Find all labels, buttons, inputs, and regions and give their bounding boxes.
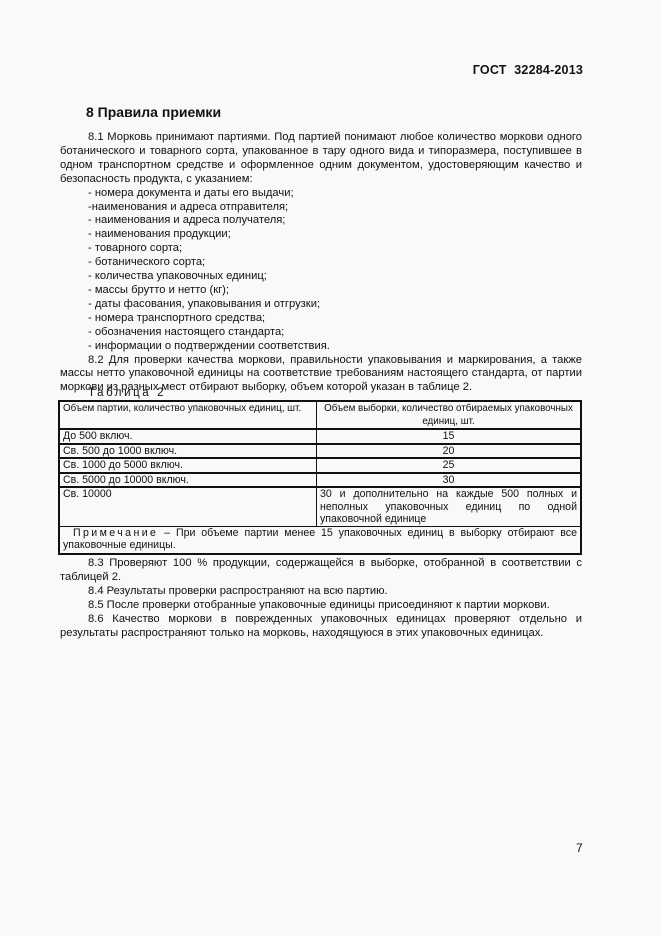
list-item: - информации о подтверждении соответстви… xyxy=(60,340,582,354)
section-body: 8.1 Морковь принимают партиями. Под парт… xyxy=(60,131,582,395)
list-item: - количества упаковочных единиц; xyxy=(60,270,582,284)
table-row: Св. 1000 до 5000 включ. 25 xyxy=(59,458,581,473)
column-header-sample-size: Объем выборки, количество отбираемых упа… xyxy=(317,401,582,429)
cell-lot-size: Св. 1000 до 5000 включ. xyxy=(59,458,317,473)
list-item: - наименования и адреса получателя; xyxy=(60,214,582,228)
list-item: - номера транспортного средства; xyxy=(60,312,582,326)
cell-sample-size: 20 xyxy=(317,444,582,459)
table-row: Св. 500 до 1000 включ. 20 xyxy=(59,444,581,459)
document-requirements-list: - номера документа и даты его выдачи; -н… xyxy=(60,187,582,354)
paragraph-8-3: 8.3 Проверяют 100 % продукции, содержаще… xyxy=(60,557,582,585)
standard-designation: ГОСТ 32284-2013 xyxy=(473,63,583,77)
column-header-lot-size: Объем партии, количество упаковочных еди… xyxy=(59,401,317,429)
cell-sample-size: 30 и дополнительно на каждые 500 полных … xyxy=(317,487,582,526)
list-item: - массы брутто и нетто (кг); xyxy=(60,284,582,298)
cell-sample-size: 25 xyxy=(317,458,582,473)
table-row: Св. 5000 до 10000 включ. 30 xyxy=(59,473,581,488)
cell-sample-size: 15 xyxy=(317,429,582,444)
table-row: Св. 10000 30 и дополнительно на каждые 5… xyxy=(59,487,581,526)
list-item: -наименования и адреса отправителя; xyxy=(60,201,582,215)
cell-sample-size: 30 xyxy=(317,473,582,488)
list-item: - ботанического сорта; xyxy=(60,256,582,270)
table-row: До 500 включ. 15 xyxy=(59,429,581,444)
paragraph-8-1: 8.1 Морковь принимают партиями. Под парт… xyxy=(60,131,582,187)
table-header-row: Объем партии, количество упаковочных еди… xyxy=(59,401,581,429)
list-item: - товарного сорта; xyxy=(60,242,582,256)
table-caption: Таблица 2 xyxy=(88,387,166,399)
list-item: - обозначения настоящего стандарта; xyxy=(60,326,582,340)
page-number: 7 xyxy=(576,841,583,855)
cell-lot-size: Св. 500 до 1000 включ. xyxy=(59,444,317,459)
cell-lot-size: Св. 5000 до 10000 включ. xyxy=(59,473,317,488)
cell-lot-size: До 500 включ. xyxy=(59,429,317,444)
cell-lot-size: Св. 10000 xyxy=(59,487,317,526)
paragraph-8-4: 8.4 Результаты проверки распространяют н… xyxy=(60,585,582,599)
section-body-continued: 8.3 Проверяют 100 % продукции, содержаще… xyxy=(60,557,582,640)
list-item: - номера документа и даты его выдачи; xyxy=(60,187,582,201)
table-note-row: Примечание – При объеме партии менее 15 … xyxy=(59,526,581,554)
document-page: ГОСТ 32284-2013 8 Правила приемки 8.1 Мо… xyxy=(0,0,661,936)
paragraph-8-6: 8.6 Качество моркови в поврежденных упак… xyxy=(60,613,582,641)
list-item: - даты фасования, упаковывания и отгрузк… xyxy=(60,298,582,312)
note-label: Примечание xyxy=(73,527,158,539)
paragraph-8-5: 8.5 После проверки отобранные упаковочны… xyxy=(60,599,582,613)
table-note: Примечание – При объеме партии менее 15 … xyxy=(59,526,581,554)
list-item: - наименования продукции; xyxy=(60,228,582,242)
sample-size-table: Объем партии, количество упаковочных еди… xyxy=(58,400,582,555)
section-title: 8 Правила приемки xyxy=(86,104,221,120)
